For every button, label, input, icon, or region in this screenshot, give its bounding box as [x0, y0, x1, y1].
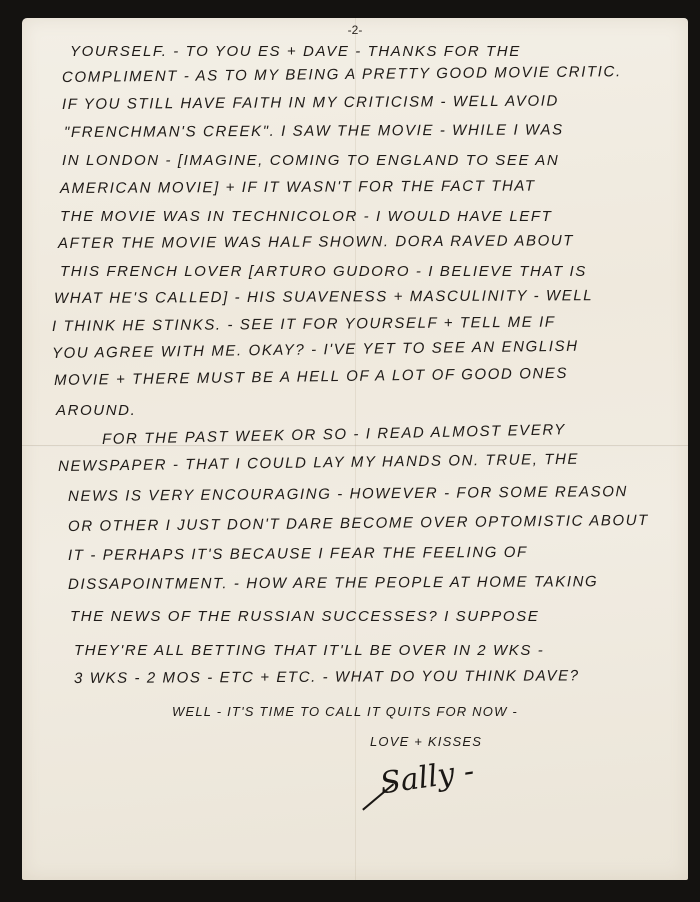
letter-line: I think he stinks. - See it for yourself…: [52, 314, 556, 335]
letter-line: For the past week or so - I read almost …: [102, 421, 566, 448]
letter-line: 3 wks - 2 mos - etc + etc. - What do you…: [74, 667, 580, 687]
signature: Sally -: [378, 754, 476, 802]
letter-line: they're all betting that it'll be over i…: [74, 642, 544, 659]
letter-line: yourself. - To you Es + Dave - thanks fo…: [70, 43, 521, 60]
letter-line: movie + there must be a hell of a lot of…: [54, 365, 568, 389]
vertical-fold-crease: [355, 18, 356, 880]
closing-salutation: Love + Kisses: [370, 734, 482, 749]
letter-line: newspaper - that I could lay my hands on…: [58, 451, 579, 475]
letter-line: compliment - as to my being a pretty goo…: [62, 63, 622, 86]
letter-line: around.: [56, 402, 136, 419]
letter-line: after the movie was half shown. Dora rav…: [58, 232, 574, 252]
letter-line: news is very encouraging - however - for…: [68, 483, 628, 505]
letter-line: dissapointment. - How are the people at …: [68, 573, 598, 593]
letter-line: what he's called] - his suaveness + masc…: [54, 287, 593, 307]
letter-line: If you still have faith in my criticism …: [62, 93, 559, 113]
letter-line: in London - [imagine, coming to England …: [62, 152, 559, 169]
letter-line: "Frenchman's Creek". I saw the movie - w…: [64, 121, 564, 141]
closing-line: Well - it's time to call it quits for no…: [172, 704, 518, 719]
letter-line: you agree with me. Okay? - I've yet to s…: [52, 338, 579, 362]
page-number: -2-: [22, 23, 688, 37]
letter-line: the movie was in technicolor - I would h…: [60, 208, 552, 225]
letter-line: American movie] + if it wasn't for the f…: [60, 178, 536, 197]
letter-line: or other I just don't dare become over o…: [68, 512, 649, 535]
letter-line: it - perhaps it's because I fear the fee…: [68, 544, 528, 564]
letter-line: this French lover [Arturo Gudoro - I bel…: [60, 263, 587, 280]
letter-line: the news of the Russian successes? I sup…: [70, 608, 539, 625]
letter-page: -2- yourself. - To you Es + Dave - thank…: [22, 18, 688, 880]
